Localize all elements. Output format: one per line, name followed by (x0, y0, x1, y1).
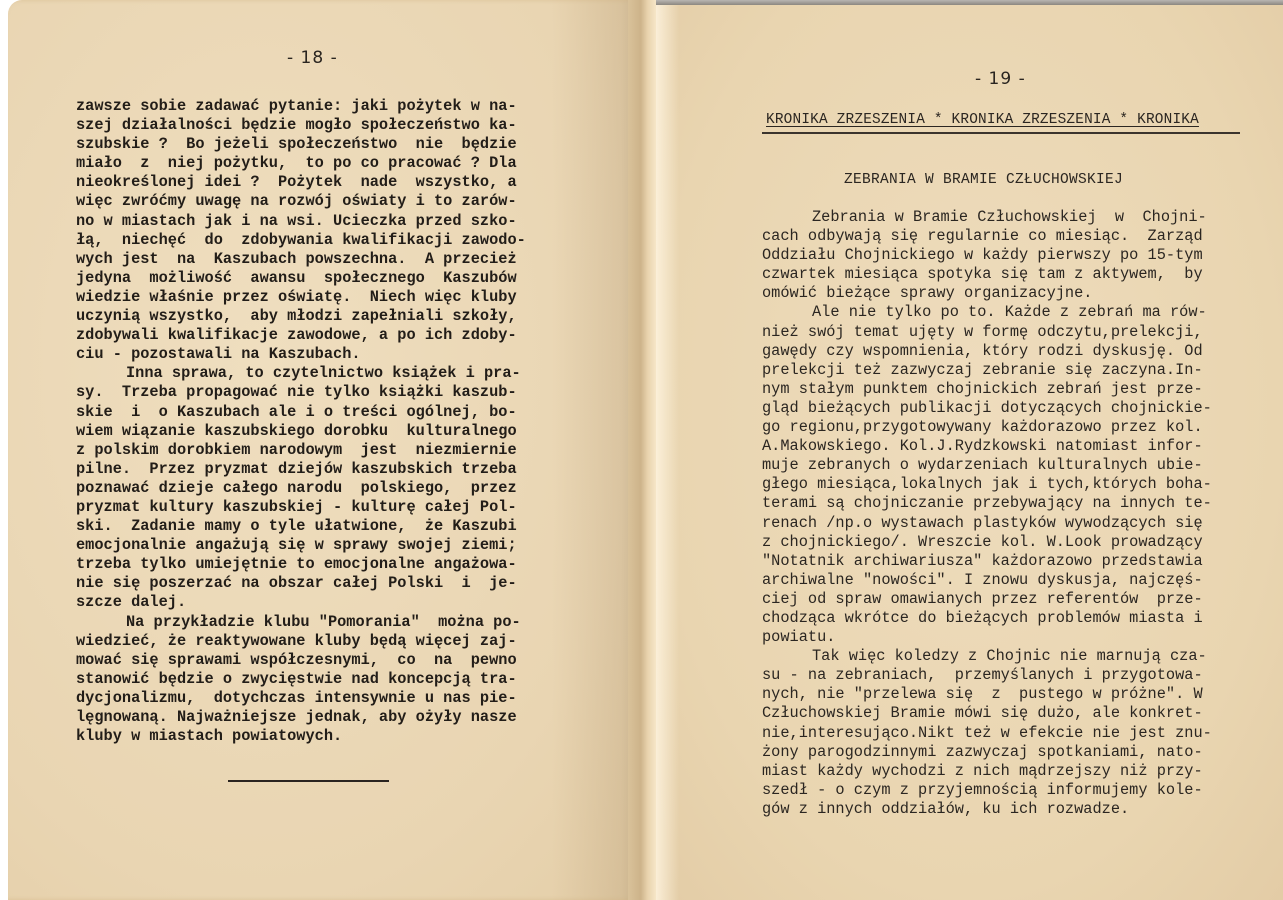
text-line: łą, niechęć do zdobywania kwalifikacji z… (76, 231, 526, 250)
text-line: mować się sprawami współczesnymi, co na … (76, 651, 526, 670)
text-line: wiem wiązanie kaszubskiego dorobku kultu… (76, 422, 526, 441)
section-header-underline (762, 132, 1240, 134)
text-line: omówić bieżące sprawy organizacyjne. (762, 284, 1212, 303)
book-spread: - 18 - zawsze sobie zadawać pytanie: jak… (0, 0, 1283, 900)
text-line: poznawać dzieje całego narodu polskiego,… (76, 479, 526, 498)
text-line: zawsze sobie zadawać pytanie: jaki pożyt… (76, 97, 526, 116)
text-line: terami są chojniczanie przebywający na i… (762, 494, 1212, 513)
text-line: lęgnowaną. Najważniejsze jednak, aby oży… (76, 708, 526, 727)
text-line: nie,interesująco.Nikt też w efekcie nie … (762, 724, 1212, 743)
text-line: wych jest na Kaszubach powszechna. A prz… (76, 250, 526, 269)
text-line: ciu - pozostawali na Kaszubach. (76, 345, 526, 364)
text-line: emocjonalnie angażują się w sprawy swoje… (76, 536, 526, 555)
text-line: no w miastach jak i na wsi. Ucieczka prz… (76, 212, 526, 231)
text-line: Oddziału Chojnickiego w każdy pierwszy p… (762, 246, 1212, 265)
book-gutter (628, 0, 656, 900)
text-line: z chojnickiego/. Wreszcie kol. W.Look pr… (762, 533, 1212, 552)
text-line: go regionu,przygotowywany każdorazowo pr… (762, 418, 1212, 437)
text-line: A.Makowskiego. Kol.J.Rydzkowski natomias… (762, 437, 1212, 456)
text-line: kluby w miastach powiatowych. (76, 727, 526, 746)
text-line: zdobywali kwalifikacje zawodowe, a po ic… (76, 326, 526, 345)
page-number-left: - 18 - (287, 48, 338, 68)
text-line: trzeba tylko umiejętnie to emocjonalne a… (76, 555, 526, 574)
text-line: czwartek miesiąca spotyka się tam z akty… (762, 265, 1212, 284)
text-line: Zebrania w Bramie Człuchowskiej w Chojni… (762, 208, 1212, 227)
text-line: nieokreślonej idei ? Pożytek nade wszyst… (76, 173, 526, 192)
text-line: miast każdy wychodzi z nich mądrzejszy n… (762, 762, 1212, 781)
text-line: gawędy czy wspomnienia, który rodzi dysk… (762, 342, 1212, 361)
text-line: uczynią wszystko, aby młodzi zapełniali … (76, 307, 526, 326)
text-line: ciej od spraw omawianych przez referentó… (762, 590, 1212, 609)
text-line: Inna sprawa, to czytelnictwo książek i p… (76, 364, 526, 383)
text-line: z polskim dorobkiem narodowym jest niezm… (76, 441, 526, 460)
text-line: cach odbywają się regularnie co miesiąc.… (762, 227, 1212, 246)
left-page-body: zawsze sobie zadawać pytanie: jaki pożyt… (76, 97, 526, 746)
text-line: gów z innych oddziałów, ku ich rozwadze. (762, 800, 1212, 819)
text-line: pilne. Przez pryzmat dziejów kaszubskich… (76, 460, 526, 479)
text-line: Człuchowskiej Bramie mówi się dużo, ale … (762, 704, 1212, 723)
section-header: KRONIKA ZRZESZENIA * KRONIKA ZRZESZENIA … (766, 112, 1199, 128)
text-line: archiwalne "nowości". I znowu dyskusja, … (762, 571, 1212, 590)
text-line: nie się poszerzać na obszar całej Polski… (76, 574, 526, 593)
text-line: Na przykładzie klubu "Pomorania" można p… (76, 613, 526, 632)
text-line: skie i o Kaszubach ale i o treści ogólne… (76, 403, 526, 422)
text-line: gląd bieżących publikacji dotyczących ch… (762, 399, 1212, 418)
text-line: powiatu. (762, 628, 1212, 647)
text-line: renach /np.o wystawach plastyków wywodzą… (762, 514, 1212, 533)
text-line: chodząca wkrótce do bieżących problemów … (762, 609, 1212, 628)
text-line: ski. Zadanie mamy o tyle ułatwione, że K… (76, 517, 526, 536)
text-line: wiedzieć, że reaktywowane kluby będą wię… (76, 632, 526, 651)
end-of-article-rule (228, 780, 389, 782)
text-line: nież swój temat ujęty w formę odczytu,pr… (762, 323, 1212, 342)
text-line: pryzmat kultury kaszubskiej - kulturę ca… (76, 498, 526, 517)
text-line: Ale nie tylko po to. Każde z zebrań ma r… (762, 303, 1212, 322)
text-line: muje zebranych o wydarzeniach kulturalny… (762, 456, 1212, 475)
text-line: nych, nie "przelewa się z pustego w próż… (762, 685, 1212, 704)
text-line: stanowić będzie o zwycięstwie nad koncep… (76, 670, 526, 689)
text-line: szedł - o czym z przyjemnością informuje… (762, 781, 1212, 800)
article-title: ZEBRANIA W BRAMIE CZŁUCHOWSKIEJ (844, 172, 1123, 188)
text-line: szej działalności będzie mogło społeczeń… (76, 116, 526, 135)
text-line: su - na zebraniach, przemyślanych i przy… (762, 666, 1212, 685)
text-line: nym stałym punktem chojnickich zebrań je… (762, 380, 1212, 399)
page-number-right: - 19 - (975, 69, 1026, 89)
text-line: głego miesiąca,lokalnych jak i tych,któr… (762, 475, 1212, 494)
text-line: Tak więc koledzy z Chojnic nie marnują c… (762, 647, 1212, 666)
text-line: prelekcji też zazwyczaj zebranie się zac… (762, 361, 1212, 380)
text-line: wiedzie właśnie przez oświatę. Niech wię… (76, 288, 526, 307)
text-line: żony parogodzinnymi zazwyczaj spotkaniam… (762, 743, 1212, 762)
text-line: szubskie ? Bo jeżeli społeczeństwo nie b… (76, 135, 526, 154)
text-line: miało z niej pożytku, to po co pracować … (76, 154, 526, 173)
text-line: szcze dalej. (76, 593, 526, 612)
right-page-body: Zebrania w Bramie Człuchowskiej w Chojni… (762, 208, 1212, 819)
text-line: jedyna możliwość awansu społecznego Kasz… (76, 269, 526, 288)
text-line: "Notatnik archiwariusza" każdorazowo prz… (762, 552, 1212, 571)
text-line: dycjonalizmu, dotychczas intensywnie u n… (76, 689, 526, 708)
text-line: sy. Trzeba propagować nie tylko książki … (76, 383, 526, 402)
text-line: więc zwróćmy uwagę na rozwój oświaty i t… (76, 192, 526, 211)
